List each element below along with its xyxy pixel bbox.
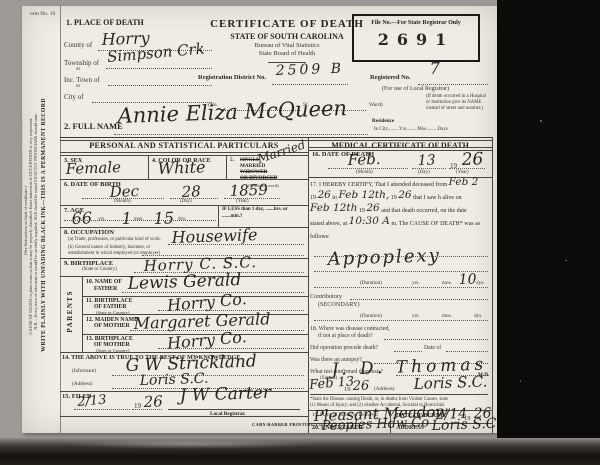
attended-from-value: Feb 2: [449, 176, 479, 188]
filed-date-value: 2/13: [77, 393, 107, 410]
dod-year-hint: (Year): [456, 170, 469, 175]
parents-label: PARENTS: [66, 290, 74, 333]
operation-date-blank: [446, 351, 488, 352]
hospital-note: (If death occurred in a Hospital or Inst…: [426, 94, 490, 112]
birthplace-hint: (State or Country): [82, 267, 117, 272]
scan-noise: [540, 120, 542, 122]
q18-line1: 18. Where was disease contracted,: [310, 326, 390, 332]
certify-year-printed-2: 19: [391, 195, 397, 201]
age-blank-line: [64, 220, 216, 221]
informant-address-hint: (Address): [72, 381, 92, 387]
or-text-2: or: [76, 84, 80, 89]
date-of-death-year: 26: [461, 149, 483, 170]
age-years-value: 66: [71, 208, 92, 228]
dob-day-blank: [170, 198, 218, 199]
page-curl-shadow: [0, 438, 600, 465]
operation-date-of-label: Date of: [424, 345, 441, 351]
margin-binding-note: MARGIN RESERVED FOR BINDING: [22, 116, 25, 196]
secondary-label: (SECONDARY): [318, 301, 360, 308]
dob-day-hint: (Day): [180, 199, 192, 204]
dob-month-hint: (Month): [114, 199, 131, 204]
sex-value: Female: [65, 158, 121, 178]
q18-blank: [384, 339, 488, 340]
cause-blank-1: [314, 256, 488, 257]
registered-no-value: 7: [429, 59, 440, 78]
local-registrar-signature: J W Carter: [179, 383, 271, 406]
undertaker-address-label: ADDRESS: [396, 425, 424, 431]
inc-town-label: Inc. Town of: [64, 76, 100, 84]
certificate-title: CERTIFICATE OF DEATH: [208, 18, 366, 30]
age-months-value: 1: [121, 209, 132, 228]
duration2-blank: [314, 320, 488, 321]
row13-rule: [60, 352, 308, 353]
contributory-blank: [350, 299, 488, 300]
dod-day-hint: (Day): [418, 170, 430, 175]
footnote-line1: *State the Disease causing Death, or, in…: [310, 397, 448, 402]
saw-alive-year: 26: [366, 202, 379, 214]
attended-from-year: 26: [318, 189, 331, 201]
margin-write-plainly-note: WRITE PLAINLY WITH UNFADING BLACK INK—TH…: [41, 98, 47, 352]
duration-blank: [314, 287, 488, 288]
race-marital-divider: [226, 155, 227, 179]
stated-above-label: stated above, at: [310, 221, 347, 227]
row6-rule: [60, 205, 308, 206]
duration2-dys-hint: dys.: [474, 313, 483, 319]
margin-divider-line: [60, 6, 61, 433]
duration2-mos-hint: mos.: [442, 313, 452, 319]
signed-address-hint: (Address): [374, 386, 394, 392]
scanned-death-certificate: orm No. 16 MARGIN RESERVED FOR BINDING W…: [0, 0, 600, 465]
signed-row-line: [310, 394, 488, 395]
date-of-death-day: 13: [417, 152, 435, 169]
duration2-yrs-hint: yrs.: [412, 313, 420, 319]
attended-to-value: Feb 12th,: [339, 189, 390, 201]
operation-blank: [394, 351, 422, 352]
ward-label: Ward): [369, 102, 383, 108]
township-blank-line: [106, 68, 212, 69]
dob-year-blank: [224, 198, 280, 199]
dod-month-hint: (Month): [356, 170, 373, 175]
or-text-1: or: [76, 67, 80, 72]
mother-name-label-2: OF MOTHER: [94, 323, 130, 329]
filed-date-blank: [74, 409, 130, 410]
age-days-value: 15: [153, 208, 174, 228]
certify-year-printed-1: 19: [310, 195, 316, 201]
duration2-hint: (Duration): [360, 313, 382, 319]
registration-district-label: Registration District No.: [198, 74, 266, 81]
margin-see-instructions: (See Instructions on back of certificate…: [23, 186, 28, 255]
scan-noise: [565, 260, 567, 261]
certify-statement: 17. I HEREBY CERTIFY, That I attended de…: [310, 179, 492, 244]
attended-to-year: 26: [398, 189, 411, 201]
contributory-label: Contributory: [310, 293, 342, 300]
alive-on-label: alive on: [442, 195, 461, 201]
duration-days-value: 10: [458, 271, 476, 288]
row15-rule: [60, 416, 308, 417]
death-time-value: 10:30 A: [349, 215, 390, 227]
registration-district-blank: [272, 84, 348, 85]
saw-alive-date: Feb 12th: [310, 202, 357, 214]
place-of-death-label: 1. PLACE OF DEATH: [66, 18, 144, 27]
race-value: White: [157, 157, 205, 178]
age-ifless-divider: [218, 205, 219, 227]
full-name-label: 2. FULL NAME: [64, 121, 123, 131]
township-label: Township of: [64, 59, 99, 67]
scanner-background: [497, 0, 600, 465]
dob-year-hint: (Year): [236, 199, 249, 204]
bureau-subtitle: Bureau of Vital Statistics: [208, 42, 366, 49]
undertaker-address-value: Loris S.C.: [431, 416, 497, 433]
form-number: orm No. 16: [30, 11, 55, 17]
duration-mos-hint: mos.: [442, 280, 452, 286]
file-number-box: File No.—For State Registrar Only 2691: [352, 14, 480, 62]
occupation-blank-1: [168, 244, 304, 245]
residence-label: Residence: [372, 118, 394, 124]
mother-birthplace-blank: [158, 348, 304, 349]
date-of-death-month: Feb.: [347, 150, 380, 169]
death-occurred-label: and that death occurred, on the date: [381, 208, 466, 214]
sex-race-divider: [148, 155, 149, 179]
saw-alive-label: that I saw h: [413, 195, 441, 201]
inc-town-blank-line: [108, 85, 212, 86]
certificate-paper: orm No. 16 MARGIN RESERVED FOR BINDING W…: [22, 6, 497, 433]
informant-hint: (Informant): [72, 368, 96, 374]
father-name-label-2: FATHER: [94, 286, 117, 292]
q18-line2: if not at place of death?: [318, 333, 373, 339]
occupation-note-a: (a) Trade, profession, or particular kin…: [68, 237, 162, 243]
signed-year-prefix: 19: [344, 386, 351, 393]
certify-year-printed-3: 19: [359, 208, 365, 214]
file-number-label: File No.—For State Registrar Only: [354, 20, 478, 26]
father-name-label: 10. NAME OF: [86, 279, 122, 285]
certify-line1: 17. I HEREBY CERTIFY, That I attended de…: [310, 182, 447, 188]
medical-header-rule: [308, 147, 492, 148]
registration-district-value: 2509 B: [275, 61, 344, 79]
duration-hint: (Duration): [360, 280, 382, 286]
registered-no-label: Registered No.: [370, 74, 411, 81]
full-name-value: Annie Eliza McQueen: [117, 96, 347, 128]
cause-of-death-value: Appoplexy: [327, 245, 441, 270]
header-bottom-rule: [60, 137, 492, 138]
county-label: County of: [64, 41, 92, 49]
duration-dys-hint: dys.: [476, 280, 485, 286]
row5-rule: [60, 179, 308, 180]
margin-nb-note-line1: N.B.—Every item of information should be…: [33, 114, 38, 330]
residence-detail: In City.........Yrs.........Mos.........…: [374, 127, 448, 132]
occupation-label: 8. OCCUPATION: [64, 229, 114, 236]
marital-number: 5.: [230, 157, 234, 163]
state-title: STATE OF SOUTH CAROLINA: [208, 32, 366, 41]
local-registrar-use-note: (For use of Local Registrar): [382, 86, 449, 92]
if-less-note: IF LESS than 1 day, .......hrs. or .....…: [222, 207, 304, 220]
physician-address-value: Loris S.C.: [413, 372, 487, 393]
registered-no-blank: [418, 84, 488, 85]
operation-question: Did operation precede death?: [310, 345, 378, 351]
margin-nb-note-line2: CAUSE OF DEATH in plain terms so that it…: [28, 118, 33, 334]
scan-noise: [520, 380, 521, 382]
duration-yrs-hint: yrs.: [412, 280, 420, 286]
file-number-value: 2691: [354, 30, 478, 49]
certify-to-label: to: [332, 195, 337, 201]
board-subtitle: State Board of Health: [208, 50, 366, 57]
city-label: City of: [64, 93, 84, 101]
time-m-label: m.: [391, 221, 397, 227]
birthplace-label: 9. BIRTHPLACE: [64, 260, 113, 267]
full-name-blank: [114, 134, 368, 135]
signed-year-value: 26: [352, 378, 369, 394]
filed-year-blank: [132, 409, 162, 410]
